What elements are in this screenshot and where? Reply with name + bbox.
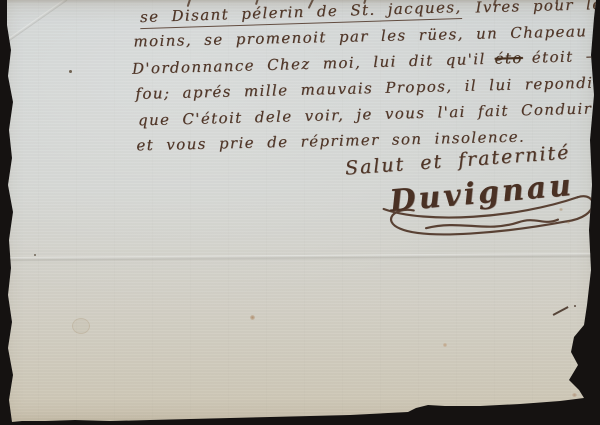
letter-line: que C'étoit dele voir, je vous l'ai fait… bbox=[138, 98, 600, 129]
ink-speck-stain bbox=[34, 254, 36, 256]
letter-line: fou; aprés mille mauvais Propos, il lui … bbox=[135, 74, 600, 103]
line-text: Ivres pour le bbox=[475, 0, 600, 16]
line-text: que C'étoit dele voir, je vous l'ai fait… bbox=[138, 98, 600, 129]
pen-scratch-dot bbox=[574, 305, 576, 307]
horizontal-fold-crease bbox=[0, 253, 600, 262]
faint-ring-stain bbox=[72, 318, 90, 334]
letter-line: D'ordonnance Chez moi, lui dit qu'ilétoé… bbox=[132, 47, 600, 78]
line-text: D'ordonnance Chez moi, lui dit qu'il bbox=[132, 50, 486, 78]
signature-flourish bbox=[365, 189, 598, 253]
letter-paper: se Disant pélerin de St. jacques,Ivres p… bbox=[0, 0, 600, 425]
foxing-spot bbox=[250, 315, 255, 320]
foxing-spot bbox=[572, 393, 577, 397]
ink-speck-stain bbox=[69, 70, 72, 73]
corner-fold-crease bbox=[0, 0, 67, 49]
line-text: étoit — bbox=[532, 47, 600, 67]
line-text: fou; aprés mille mauvais Propos, il lui … bbox=[135, 74, 600, 103]
foxing-spot bbox=[443, 343, 447, 347]
crossed-out-word: éto bbox=[494, 49, 523, 68]
pen-scratch-mark bbox=[553, 306, 569, 315]
letter-body-text: se Disant pélerin de St. jacques,Ivres p… bbox=[0, 0, 600, 2]
photo-black-background: se Disant pélerin de St. jacques,Ivres p… bbox=[0, 0, 600, 425]
